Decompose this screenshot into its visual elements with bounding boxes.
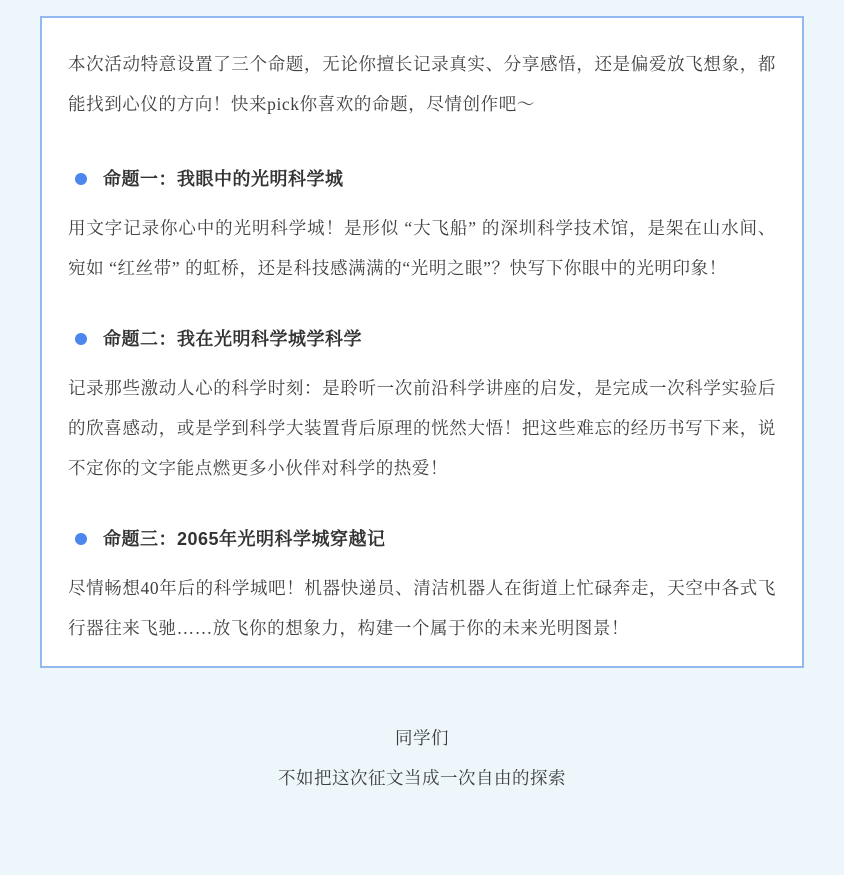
- section-3-body: 尽情畅想40年后的科学城吧！机器快递员、清洁机器人在街道上忙碌奔走，天空中各式飞…: [68, 568, 776, 648]
- footer-line-1: 同学们: [0, 718, 844, 758]
- section-2-body: 记录那些激动人心的科学时刻：是聆听一次前沿科学讲座的启发，是完成一次科学实验后的…: [68, 368, 776, 488]
- bullet-dot-icon: [75, 533, 87, 545]
- footer: 同学们 不如把这次征文当成一次自由的探索: [0, 718, 844, 798]
- footer-line-2: 不如把这次征文当成一次自由的探索: [0, 758, 844, 798]
- intro-paragraph: 本次活动特意设置了三个命题，无论你擅长记录真实、分享感悟，还是偏爱放飞想象，都能…: [68, 44, 776, 124]
- section-2-heading: 命题二：我在光明科学城学科学: [75, 326, 776, 352]
- bullet-dot-icon: [75, 173, 87, 185]
- section-1-title: 命题一：我眼中的光明科学城: [103, 166, 344, 192]
- section-2-title: 命题二：我在光明科学城学科学: [103, 326, 362, 352]
- section-1-body: 用文字记录你心中的光明科学城！是形似 “大飞船” 的深圳科学技术馆，是架在山水间…: [68, 208, 776, 288]
- section-3-title: 命题三：2065年光明科学城穿越记: [103, 526, 386, 552]
- section-3-heading: 命题三：2065年光明科学城穿越记: [75, 526, 776, 552]
- section-1-heading: 命题一：我眼中的光明科学城: [75, 166, 776, 192]
- bullet-dot-icon: [75, 333, 87, 345]
- content-card: 本次活动特意设置了三个命题，无论你擅长记录真实、分享感悟，还是偏爱放飞想象，都能…: [40, 16, 804, 668]
